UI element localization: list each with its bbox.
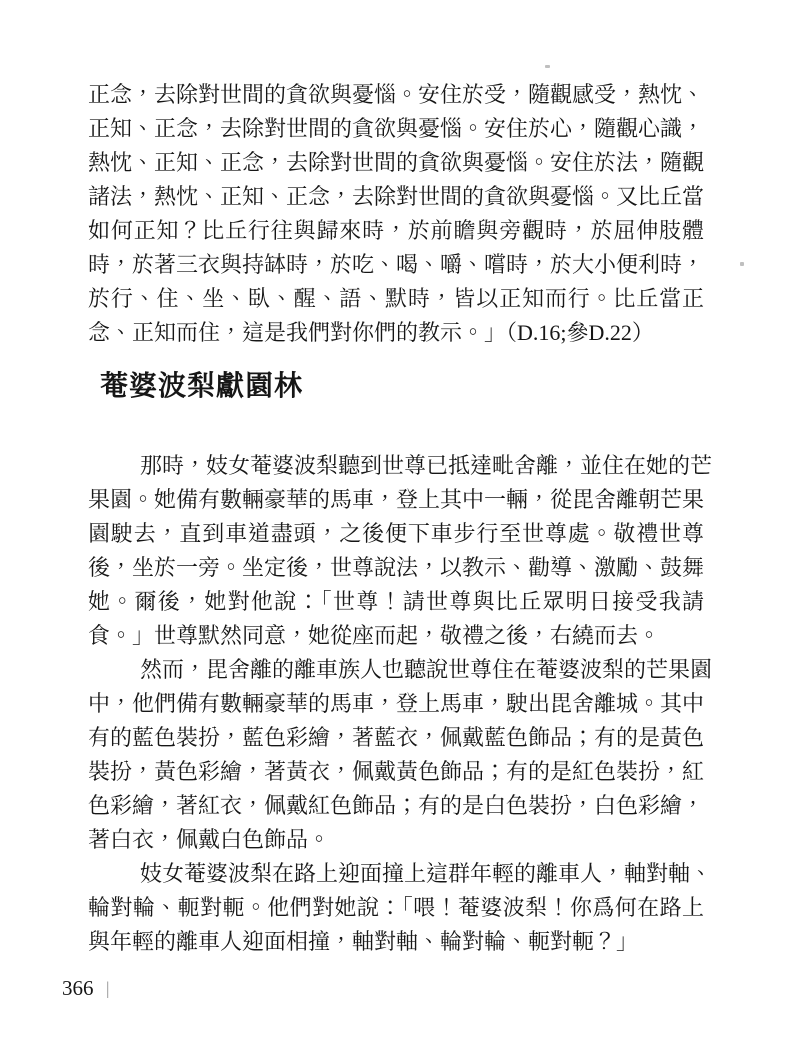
paragraph: 然而，毘舍離的離車族人也聽說世尊住在菴婆波梨的芒果園中，他們備有數輛豪華的馬車，… (88, 653, 704, 857)
paragraph: 妓女菴婆波梨在路上迎面撞上這群年輕的離車人，軸對軸、輪對輪、軛對軛。他們對她說：… (88, 857, 704, 959)
text-line: 時，於著三衣與持缽時，於吃、喝、嚼、嚐時，於大小便利時， (88, 248, 704, 282)
scan-artifact-dot (545, 65, 550, 68)
text-line: 然而，毘舍離的離車族人也聽說世尊住在菴婆波梨的芒果園 (88, 653, 704, 687)
body-text: 那時，妓女菴婆波梨聽到世尊已抵達毗舍離，並住在她的芒果園。她備有數輛豪華的馬車，… (88, 449, 704, 959)
text-line: 妓女菴婆波梨在路上迎面撞上這群年輕的離車人，軸對軸、 (88, 857, 704, 891)
text-line: 她。爾後，她對他說：「世尊！請世尊與比丘眾明日接受我請 (88, 585, 704, 619)
text-line: 園駛去，直到車道盡頭，之後便下車步行至世尊處。敬禮世尊 (88, 517, 704, 551)
text-line: 如何正知？比丘行往與歸來時，於前瞻與旁觀時，於屈伸肢體 (88, 214, 704, 248)
book-page: 正念，去除對世間的貪欲與憂惱。安住於受，隨觀感受，熱忱、正知、正念，去除對世間的… (0, 0, 792, 1056)
footer-separator-bar: | (106, 974, 108, 1002)
text-line: 果園。她備有數輛豪華的馬車，登上其中一輛，從毘舍離朝芒果 (88, 483, 704, 517)
text-line: 後，坐於一旁。坐定後，世尊說法，以教示、勸導、激勵、鼓舞 (88, 551, 704, 585)
text-line: 有的藍色裝扮，藍色彩繪，著藍衣，佩戴藍色飾品；有的是黃色 (88, 721, 704, 755)
text-line: 念、正知而住，這是我們對你們的教示。」（D.16;參D.22） (88, 316, 704, 350)
text-line: 熱忱、正知、正念，去除對世間的貪欲與憂惱。安住於法，隨觀 (88, 146, 704, 180)
page-footer: 366 | (62, 974, 109, 1002)
section-heading: 菴婆波梨獻園林 (100, 367, 303, 407)
text-line: 正念，去除對世間的貪欲與憂惱。安住於受，隨觀感受，熱忱、 (88, 78, 704, 112)
text-line: 輪對輪、軛對軛。他們對她說：「喂！菴婆波梨！你爲何在路上 (88, 891, 704, 925)
scan-artifact-dot (740, 262, 744, 266)
page-number: 366 (62, 974, 94, 1002)
text-line: 色彩繪，著紅衣，佩戴紅色飾品；有的是白色裝扮，白色彩繪， (88, 789, 704, 823)
continuation-paragraph: 正念，去除對世間的貪欲與憂惱。安住於受，隨觀感受，熱忱、正知、正念，去除對世間的… (88, 78, 704, 350)
text-line: 中，他們備有數輛豪華的馬車，登上馬車，駛出毘舍離城。其中 (88, 687, 704, 721)
text-line: 與年輕的離車人迎面相撞，軸對軸、輪對輪、軛對軛？」 (88, 925, 704, 959)
text-line: 於行、住、坐、臥、醒、語、默時，皆以正知而行。比丘當正 (88, 282, 704, 316)
text-line: 裝扮，黃色彩繪，著黃衣，佩戴黃色飾品；有的是紅色裝扮，紅 (88, 755, 704, 789)
text-line: 正知、正念，去除對世間的貪欲與憂惱。安住於心，隨觀心識， (88, 112, 704, 146)
text-line: 諸法，熱忱、正知、正念，去除對世間的貪欲與憂惱。又比丘當 (88, 180, 704, 214)
text-line: 那時，妓女菴婆波梨聽到世尊已抵達毗舍離，並住在她的芒 (88, 449, 704, 483)
text-line: 食。」世尊默然同意，她從座而起，敬禮之後，右繞而去。 (88, 619, 704, 653)
text-line: 著白衣，佩戴白色飾品。 (88, 823, 704, 857)
paragraph: 那時，妓女菴婆波梨聽到世尊已抵達毗舍離，並住在她的芒果園。她備有數輛豪華的馬車，… (88, 449, 704, 653)
